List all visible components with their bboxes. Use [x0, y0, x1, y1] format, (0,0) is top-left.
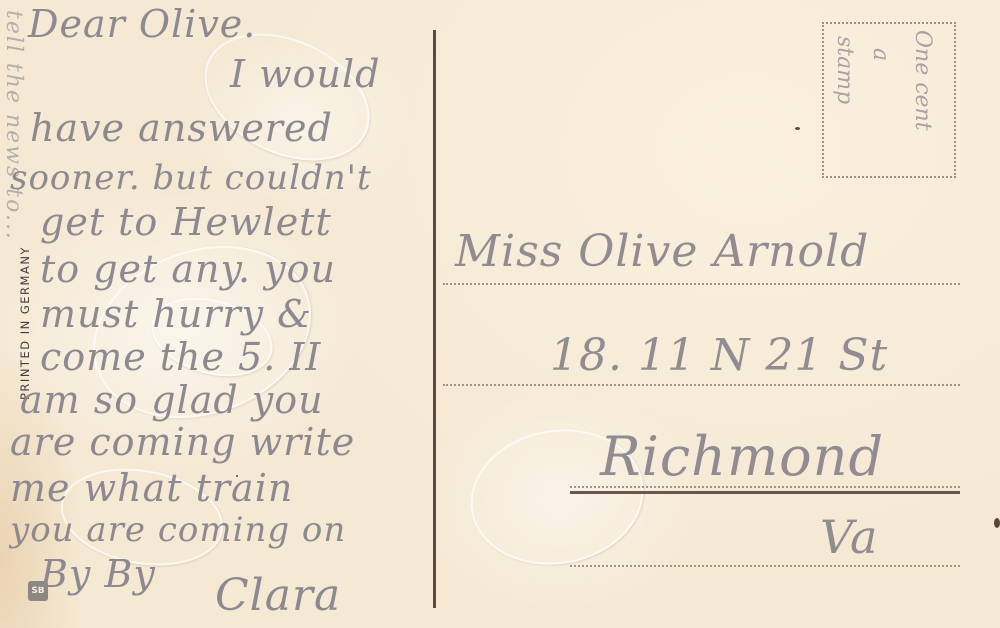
message-line: By By	[40, 552, 156, 596]
address-line-2	[443, 384, 960, 386]
paper-speck	[236, 475, 238, 477]
message-line: sooner. but couldn't	[10, 158, 372, 198]
paper-speck	[994, 518, 1000, 528]
message-line: I would	[230, 52, 380, 96]
paper-speck	[795, 127, 800, 130]
signature: Clara	[215, 570, 341, 621]
message-line: to get any. you	[40, 247, 336, 291]
recipient-street: 18. 11 N 21 St	[550, 330, 888, 381]
message-line: am so glad you	[20, 378, 324, 422]
card-divider-line	[433, 30, 436, 608]
side-note-text: tell the news to...	[1, 10, 26, 241]
address-line-4	[570, 565, 960, 567]
message-line: are coming write	[10, 420, 355, 464]
address-line-3-underline	[570, 491, 960, 494]
recipient-city: Richmond	[600, 425, 884, 488]
stamp-box-text: a	[868, 48, 893, 61]
printed-in-germany-label: PRINTED IN GERMANY	[18, 246, 32, 400]
stamp-box-text: One cent	[910, 30, 935, 131]
address-line-1	[443, 283, 960, 285]
postcard-back: tell the news to... PRINTED IN GERMANY S…	[0, 0, 1000, 628]
message-line: have answered	[30, 106, 333, 150]
message-line: you are coming on	[10, 510, 346, 550]
recipient-name: Miss Olive Arnold	[455, 226, 869, 277]
message-line: must hurry &	[40, 292, 312, 336]
recipient-state: Va	[820, 510, 878, 564]
message-line: get to Hewlett	[40, 200, 332, 244]
message-line: come the 5. II	[40, 335, 321, 379]
stamp-box-text: stamp	[832, 36, 857, 104]
message-line: me what train	[10, 466, 293, 510]
message-line: Dear Olive.	[28, 2, 256, 46]
